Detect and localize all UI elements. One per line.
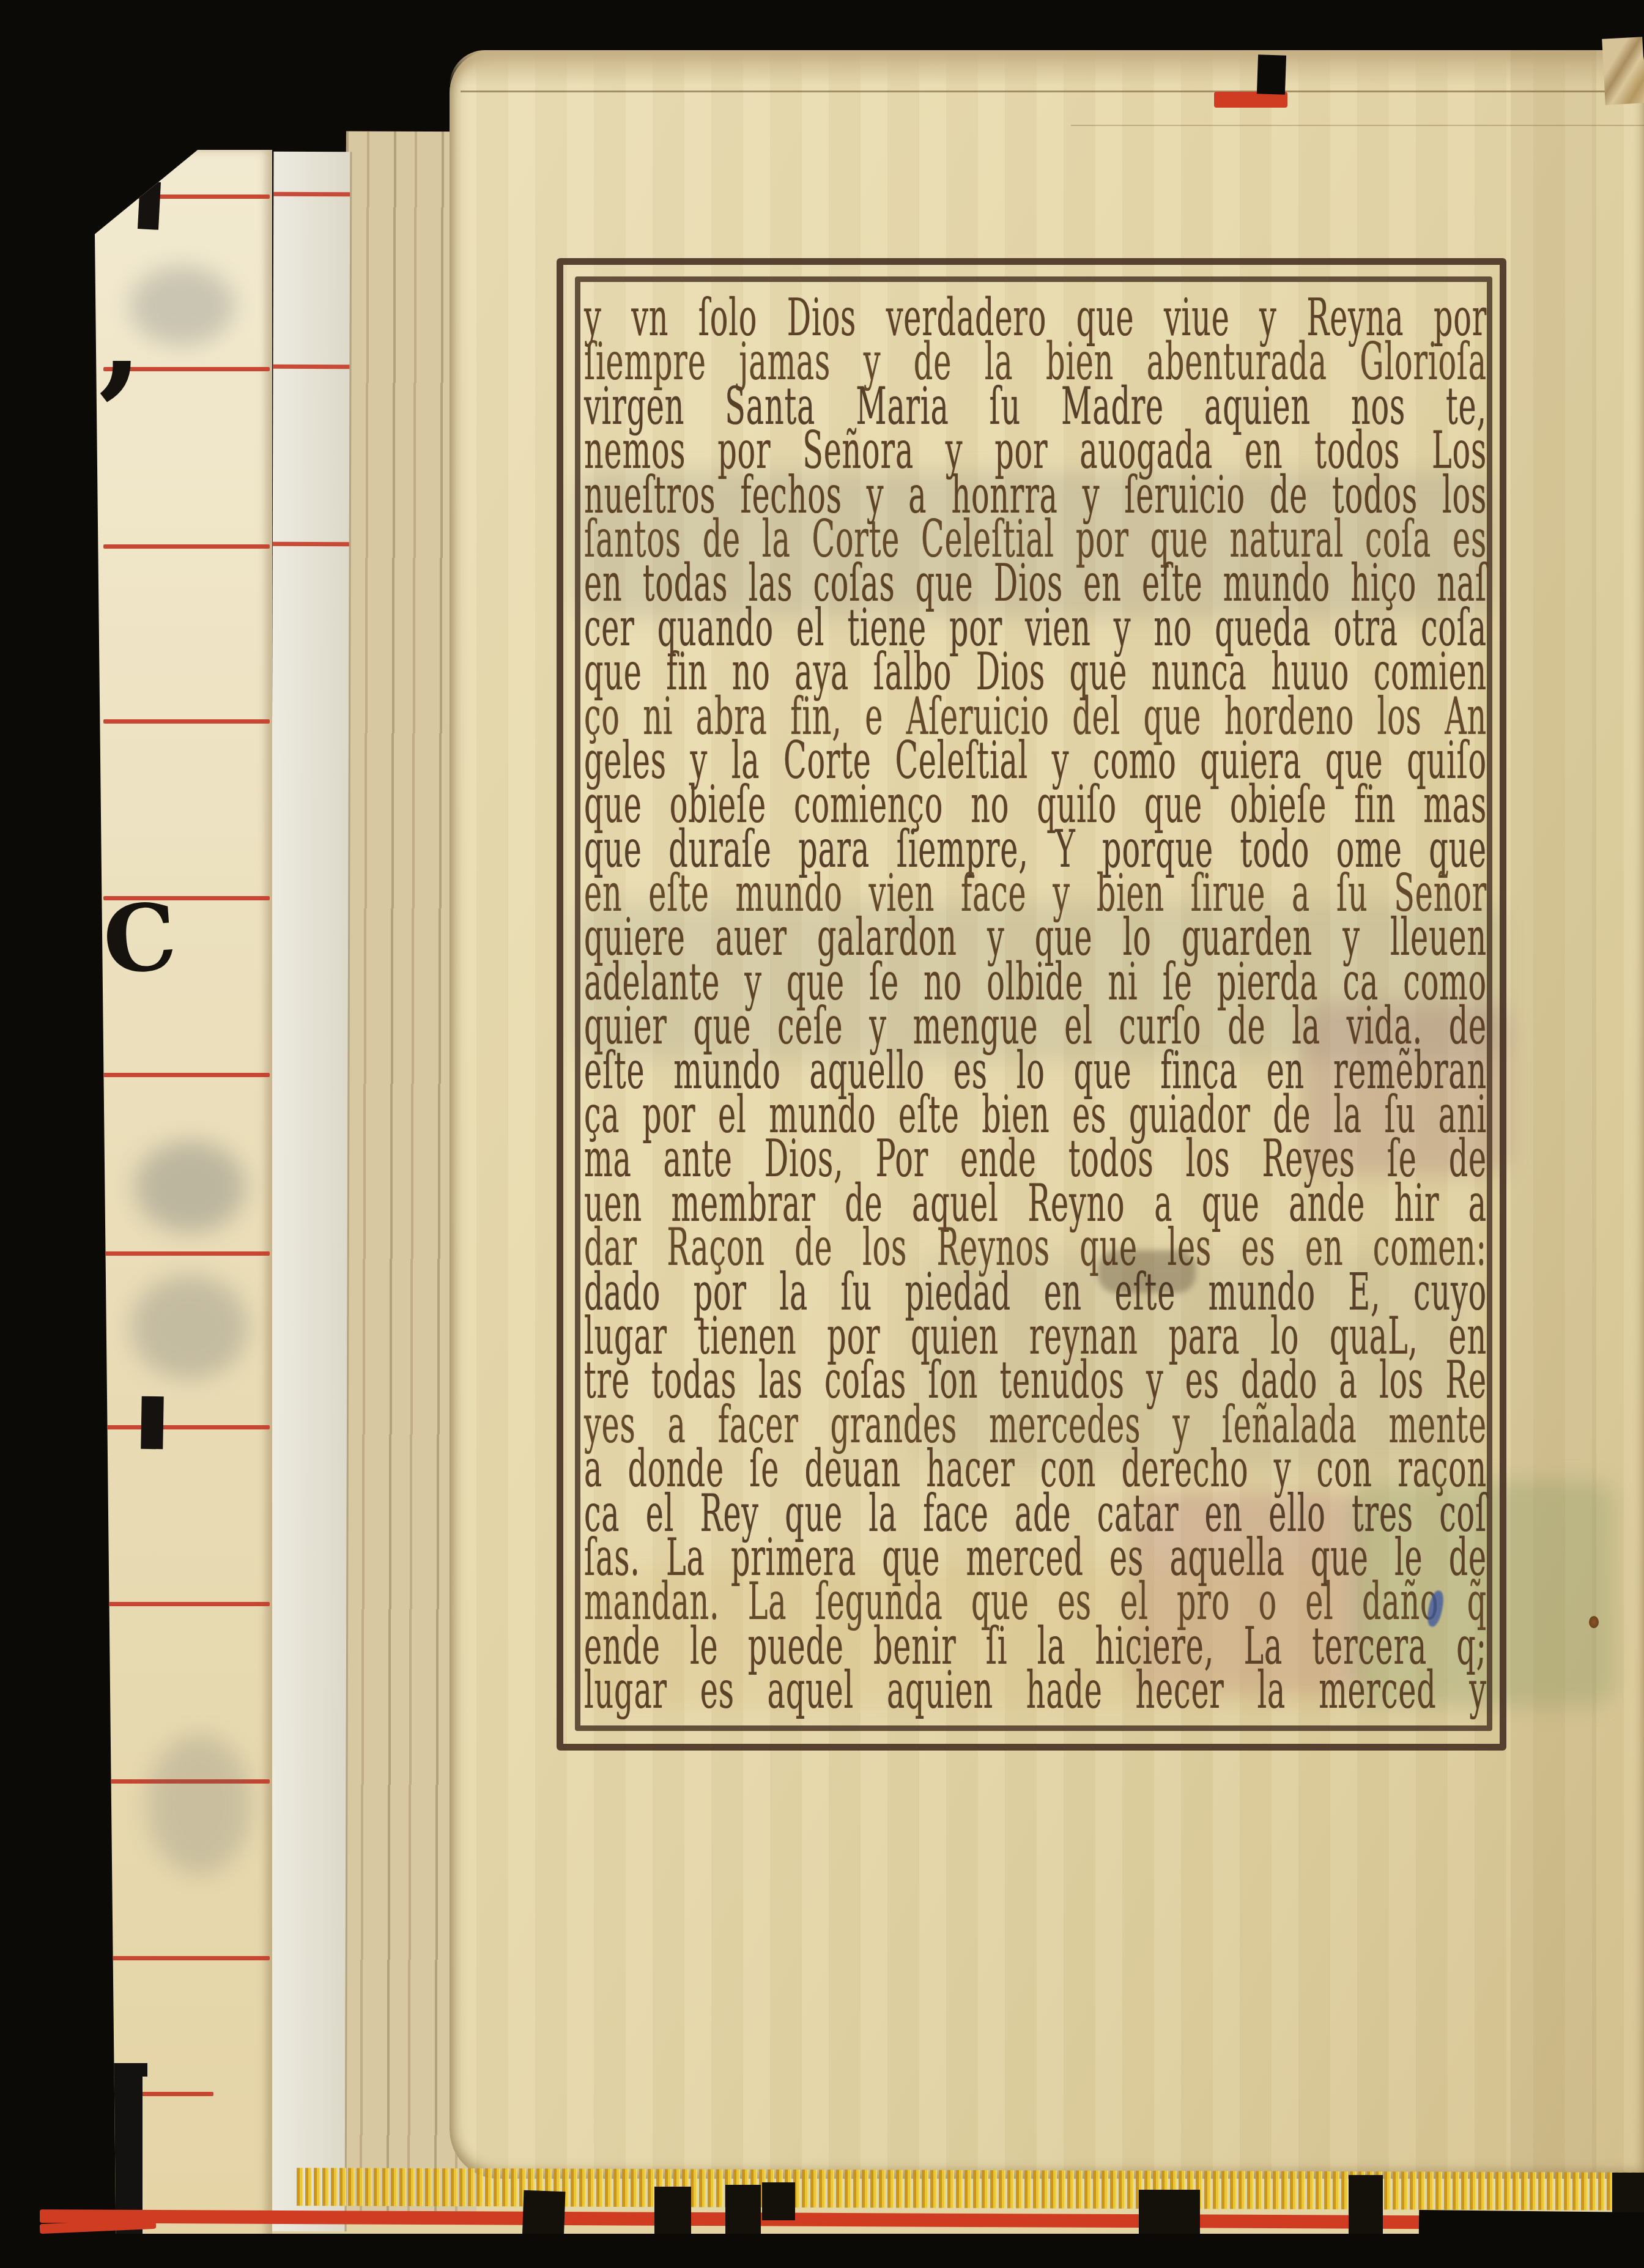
page-stack-white-edge	[268, 152, 352, 2231]
staff-line-fragment	[273, 192, 350, 196]
photo-background-bottom	[0, 2234, 1644, 2268]
manuscript-text-block: y vn ſolo Dios verdadero que viue y Reyn…	[584, 287, 1644, 1713]
crumpled-corner	[1602, 37, 1644, 105]
music-staff-line	[103, 544, 270, 549]
music-staff-line	[103, 1425, 270, 1429]
ink-smudge	[130, 266, 234, 346]
photo-background-top	[0, 0, 1644, 44]
photographed-manuscript-scene: { "manuscript": { "lines": [ "y vn ſolo …	[0, 0, 1644, 2268]
facing-music-page-edge: , C	[95, 150, 272, 2257]
music-staff-line	[103, 719, 270, 724]
bottom-edge-black-mark	[1139, 2190, 1200, 2237]
music-staff-line	[103, 1956, 270, 1960]
c-clef-mark: C	[103, 936, 176, 941]
page-top-edge-shading	[450, 50, 1644, 86]
black-bookmark-tab	[1257, 54, 1286, 95]
ink-smudge	[131, 1275, 248, 1379]
bottom-edge-black-mark	[762, 2182, 795, 2220]
music-staff-line	[103, 195, 270, 199]
gold-fringe-edge	[297, 2168, 1644, 2211]
music-staff-line	[103, 1073, 270, 1077]
wormhole-spot	[1589, 1616, 1599, 1628]
page-top-ruled-line	[461, 91, 1644, 92]
music-staff-line	[103, 1251, 270, 1256]
ink-smudge	[135, 1141, 245, 1232]
square-note-mark	[141, 1396, 163, 1450]
music-staff-line	[103, 1602, 270, 1606]
ink-smudge	[147, 1734, 251, 1875]
staff-line-fragment	[273, 542, 349, 546]
bottom-edge-black-mark	[1349, 2175, 1383, 2236]
offset-ink-smudge	[1098, 1250, 1196, 1293]
staff-line-fragment	[273, 365, 350, 369]
photo-background-left	[0, 0, 95, 2268]
manuscript-line: lugar es aquel aquien hade hecer la merc…	[584, 1660, 1487, 1722]
tall-ink-mark-cap	[108, 2063, 147, 2077]
main-parchment-page: y vn ſolo Dios verdadero que viue y Reyn…	[450, 50, 1644, 2179]
square-note-mark	[138, 181, 161, 230]
